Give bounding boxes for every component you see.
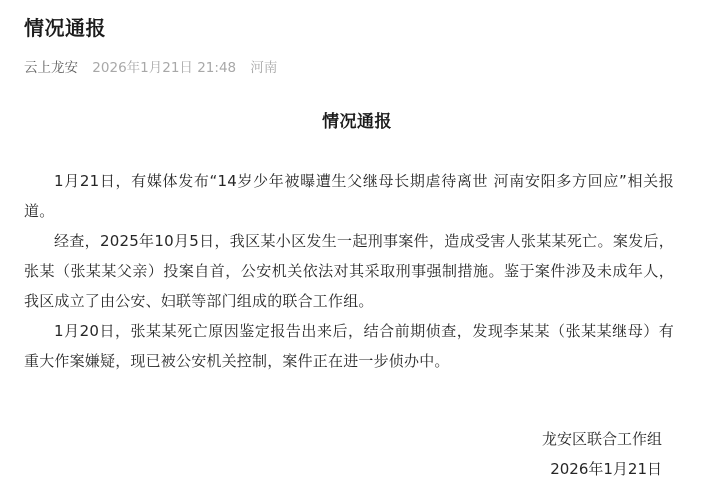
publish-region: 河南 [250,60,277,76]
document-signature: 龙安区联合工作组 2026年1月21日 [542,424,662,484]
document-body: 1月21日，有媒体发布“14岁少年被曝遭生父继母长期虐待离世 河南安阳多方回应”… [24,166,674,376]
signature-date: 2026年1月21日 [542,454,662,484]
paragraph-2: 经查，2025年10月5日，我区某小区发生一起刑事案件，造成受害人张某某死亡。案… [24,226,674,316]
signature-organization: 龙安区联合工作组 [542,424,662,454]
document-title: 情况通报 [0,110,714,134]
article-meta: 云上龙安 2026年1月21日 21:48 河南 [24,58,277,78]
author-link[interactable]: 云上龙安 [24,60,78,76]
publish-datetime: 2026年1月21日 21:48 [92,60,236,76]
paragraph-1: 1月21日，有媒体发布“14岁少年被曝遭生父继母长期虐待离世 河南安阳多方回应”… [24,166,674,226]
paragraph-3: 1月20日，张某某死亡原因鉴定报告出来后，结合前期侦查，发现李某某（张某某继母）… [24,316,674,376]
article-title: 情况通报 [24,14,106,42]
